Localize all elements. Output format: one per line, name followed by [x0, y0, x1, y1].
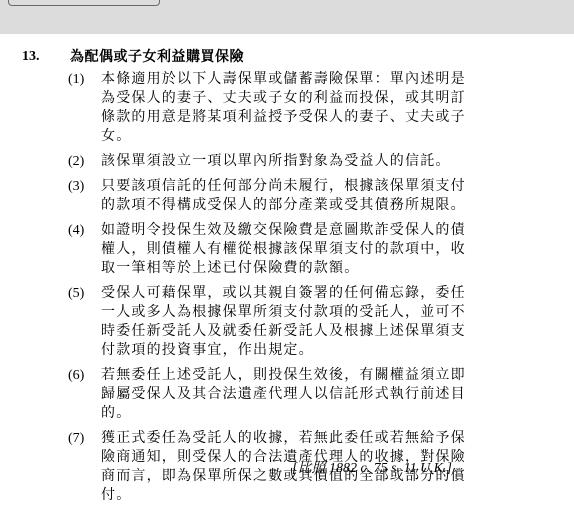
clause-7: (7) 獲正式委任為受託人的收據，若無此委任或若無給予保險商通知，則受保人的合法…: [0, 429, 574, 505]
clause-number: (3): [68, 177, 84, 196]
clause-3: (3) 只要該項信託的任何部分尚未履行，根據該保單須支付的款項不得構成受保人的部…: [0, 177, 574, 215]
clause-number: (6): [68, 366, 84, 385]
clause-number: (5): [68, 284, 84, 303]
clause-2: (2) 該保單須設立一項以單內所指對象為受益人的信託。: [0, 152, 574, 171]
clause-1: (1) 本條適用於以下人壽保單或儲蓄壽險保單：單內述明是為受保人的妻子、丈夫或子…: [0, 70, 574, 146]
clause-text: 本條適用於以下人壽保單或儲蓄壽險保單：單內述明是為受保人的妻子、丈夫或子女的利益…: [101, 70, 467, 146]
section-number: 13.: [22, 48, 40, 66]
clause-text: 如證明令投保生效及繳交保險費是意圖欺詐受保人的債權人，則債權人有權從根據該保單須…: [101, 221, 467, 278]
section-title: 為配偶或子女利益購買保險: [70, 48, 244, 66]
clause-5: (5) 受保人可藉保單，或以其親自簽署的任何備忘錄，委任一人或多人為根據保單所須…: [0, 284, 574, 360]
clause-4: (4) 如證明令投保生效及繳交保險費是意圖欺詐受保人的債權人，則債權人有權從根據…: [0, 221, 574, 278]
legal-citation: [比照 1882 c. 75 s. 11 U.K.]: [292, 460, 452, 478]
clause-number: (7): [68, 429, 84, 448]
clause-number: (4): [68, 221, 84, 240]
clause-text: 只要該項信託的任何部分尚未履行，根據該保單須支付的款項不得構成受保人的部分產業或…: [101, 177, 467, 215]
clause-text: 該保單須設立一項以單內所指對象為受益人的信託。: [101, 152, 467, 171]
clause-number: (1): [68, 70, 84, 89]
section-heading: 13. 為配偶或子女利益購買保險: [0, 48, 574, 70]
clause-text: 若無委任上述受託人，則投保生效後，有關權益須立即歸屬受保人及其合法遺產代理人以信…: [101, 366, 467, 423]
section-13: 13. 為配偶或子女利益購買保險 (1) 本條適用於以下人壽保單或儲蓄壽險保單：…: [0, 48, 574, 511]
clause-number: (2): [68, 152, 84, 171]
toolbar-input-box[interactable]: [8, 0, 160, 6]
clause-6: (6) 若無委任上述受託人，則投保生效後，有關權益須立即歸屬受保人及其合法遺產代…: [0, 366, 574, 423]
clause-text: 受保人可藉保單，或以其親自簽署的任何備忘錄，委任一人或多人為根據保單所須支付款項…: [101, 284, 467, 360]
top-toolbar: [0, 0, 574, 34]
